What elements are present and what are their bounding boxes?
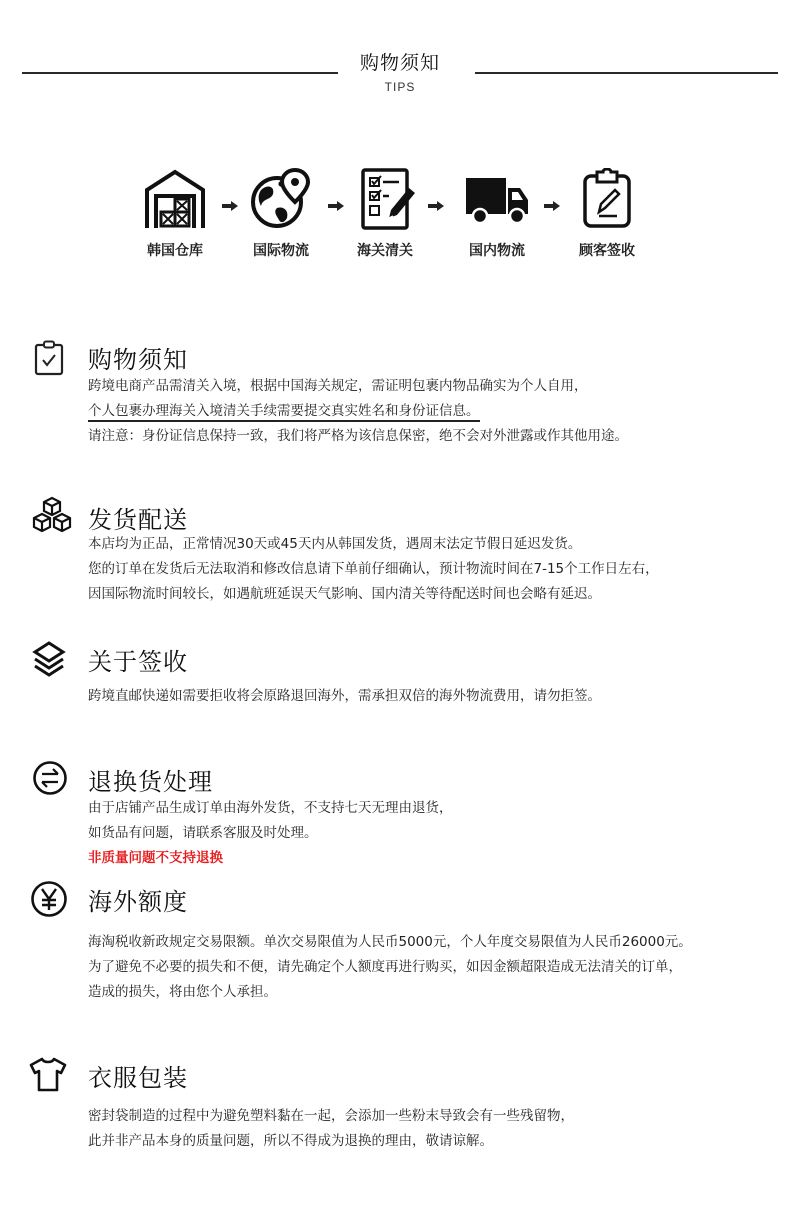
clipboard-sign-icon	[575, 168, 639, 230]
section-heading: 关于签收	[88, 642, 188, 677]
boxes-icon	[30, 496, 74, 534]
truck-icon	[462, 168, 532, 230]
body-line-underlined: 个人包裹办理海关入境清关手续需要提交真实姓名和身份证信息。	[88, 399, 628, 424]
flow-step-label: 顾客签收	[562, 240, 652, 260]
section-heading: 海外额度	[88, 882, 188, 917]
body-line: 您的订单在发货后无法取消和修改信息请下单前仔细确认，预计物流时间在7-15个工作…	[88, 557, 659, 582]
body-line: 因国际物流时间较长，如遇航班延误天气影响、国内清关等待配送时间也会略有延迟。	[88, 582, 659, 607]
flow-step-label: 海关清关	[340, 240, 430, 260]
section-body: 本店均为正品，正常情况30天或45天内从韩国发货，遇周末法定节假日延迟发货。 您…	[88, 532, 659, 607]
flow-step-customs: 海关清关	[340, 168, 430, 260]
body-line: 由于店铺产品生成订单由海外发货，不支持七天无理由退货，	[88, 796, 453, 821]
warehouse-icon	[143, 168, 207, 230]
tshirt-icon	[28, 1056, 68, 1092]
page-subtitle: TIPS	[0, 80, 800, 94]
body-line: 本店均为正品，正常情况30天或45天内从韩国发货，遇周末法定节假日延迟发货。	[88, 532, 659, 557]
body-line: 如货品有问题，请联系客服及时处理。	[88, 821, 453, 846]
arrow-right-icon	[428, 201, 444, 211]
section-body: 由于店铺产品生成订单由海外发货，不支持七天无理由退货， 如货品有问题，请联系客服…	[88, 796, 453, 871]
body-line: 海淘税收新政规定交易限额。单次交易限值为人民币5000元，个人年度交易限值为人民…	[88, 930, 692, 955]
flow-step-warehouse: 韩国仓库	[130, 168, 220, 260]
section-heading: 发货配送	[88, 500, 188, 535]
underlined-text: 个人包裹办理海关入境清关手续需要提交真实姓名和身份证信息。	[88, 403, 480, 422]
header-divider-right	[475, 72, 778, 74]
flow-step-domestic: 国内物流	[452, 168, 542, 260]
page-title: 购物须知	[0, 48, 800, 75]
section-heading: 衣服包装	[88, 1058, 188, 1093]
checklist-icon	[353, 168, 417, 230]
globe-location-icon	[249, 168, 313, 230]
yen-icon	[30, 880, 68, 918]
section-body: 跨境直邮快递如需要拒收将会原路退回海外，需承担双倍的海外物流费用，请勿拒签。	[88, 684, 601, 709]
section-heading: 购物须知	[88, 340, 188, 375]
body-line: 请注意：身份证信息保持一致，我们将严格为该信息保密，绝不会对外泄露或作其他用途。	[88, 424, 628, 449]
clipboard-check-icon	[34, 340, 64, 376]
section-heading: 退换货处理	[88, 762, 213, 797]
flow-step-receipt: 顾客签收	[562, 168, 652, 260]
arrow-right-icon	[544, 201, 560, 211]
section-body: 海淘税收新政规定交易限额。单次交易限值为人民币5000元，个人年度交易限值为人民…	[88, 930, 692, 1005]
body-line: 跨境电商产品需清关入境，根据中国海关规定，需证明包裹内物品确实为个人自用，	[88, 374, 628, 399]
flow-step-label: 国内物流	[452, 240, 542, 260]
flow-step-label: 韩国仓库	[130, 240, 220, 260]
layers-icon	[30, 640, 68, 678]
flow-step-international: 国际物流	[236, 168, 326, 260]
shipping-flow: 韩国仓库 国际物流 海关清关	[0, 168, 800, 278]
section-body: 跨境电商产品需清关入境，根据中国海关规定，需证明包裹内物品确实为个人自用， 个人…	[88, 374, 628, 449]
page-header: 购物须知 TIPS	[0, 0, 800, 110]
warning-text: 非质量问题不支持退换	[88, 846, 453, 871]
section-body: 密封袋制造的过程中为避免塑料黏在一起，会添加一些粉末导致会有一些残留物， 此并非…	[88, 1104, 574, 1154]
body-line: 为了避免不必要的损失和不便，请先确定个人额度再进行购买，如因金额超限造成无法清关…	[88, 955, 692, 980]
body-line: 密封袋制造的过程中为避免塑料黏在一起，会添加一些粉末导致会有一些残留物，	[88, 1104, 574, 1129]
body-line: 此并非产品本身的质量问题，所以不得成为退换的理由，敬请谅解。	[88, 1129, 574, 1154]
exchange-icon	[32, 760, 68, 796]
body-line: 造成的损失，将由您个人承担。	[88, 980, 692, 1005]
flow-step-label: 国际物流	[236, 240, 326, 260]
body-line: 跨境直邮快递如需要拒收将会原路退回海外，需承担双倍的海外物流费用，请勿拒签。	[88, 684, 601, 709]
